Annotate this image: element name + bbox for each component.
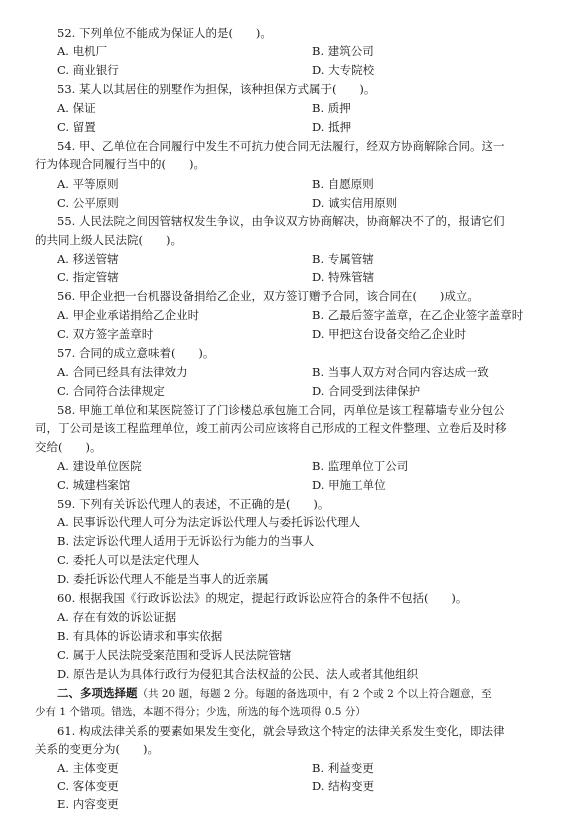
question-59-stem: 59. 下列有关诉讼代理人的表述，不正确的是( )。 [57, 497, 329, 512]
question-54-option-c: C. 公平原则 [57, 196, 119, 211]
section-2-desc-line2: 少有 1 个错项。错选，本题不得分；少选，所选的每个选项得 0.5 分） [35, 705, 366, 720]
exam-page: 52. 下列单位不能成为保证人的是( )。 A. 电机厂 B. 建筑公司 C. … [0, 0, 580, 815]
question-60-option-d: D. 原告是认为具体行政行为侵犯其合法权益的公民、法人或者其他组织 [57, 667, 418, 682]
question-60-stem: 60. 根据我国《行政诉讼法》的规定，提起行政诉讼应符合的条件不包括( )。 [57, 591, 467, 606]
question-54-stem-line2: 行为体现合同履行当中的( )。 [35, 157, 205, 172]
question-57-option-a: A. 合同已经具有法律效力 [57, 365, 188, 380]
question-61-option-b: B. 利益变更 [312, 761, 374, 776]
question-57-option-c: C. 合同符合法律规定 [57, 384, 165, 399]
section-2-header: 二、多项选择题（共 20 题，每题 2 分。每题的备选项中，有 2 个或 2 个… [57, 686, 492, 702]
question-56-option-a: A. 甲企业承诺捐给乙企业时 [57, 308, 199, 323]
question-59-option-b: B. 法定诉讼代理人适用于无诉讼行为能力的当事人 [57, 534, 314, 549]
question-54-option-d: D. 诚实信用原则 [312, 196, 397, 211]
section-2-desc-line1: （共 20 题，每题 2 分。每题的备选项中，有 2 个或 2 个以上符合题意，… [138, 688, 492, 700]
question-53-option-b: B. 质押 [312, 101, 351, 116]
question-55-stem-line2: 的共同上级人民法院( )。 [35, 233, 182, 248]
question-53-stem: 53. 某人以其居住的别墅作为担保，该种担保方式属于( )。 [57, 82, 375, 97]
question-58-stem-line3: 交给( )。 [35, 440, 101, 455]
question-58-stem-line1: 58. 甲施工单位和某医院签订了门诊楼总承包施工合同，丙单位是该工程幕墙专业分包… [57, 403, 504, 418]
question-59-option-a: A. 民事诉讼代理人可分为法定诉讼代理人与委托诉讼代理人 [57, 515, 360, 530]
question-53-option-a: A. 保证 [57, 101, 96, 116]
question-59-option-d: D. 委托诉讼代理人不能是当事人的近亲属 [57, 572, 269, 587]
question-52-option-b: B. 建筑公司 [312, 44, 374, 59]
question-55-stem-line1: 55. 人民法院之间因管辖权发生争议，由争议双方协商解决，协商解决不了的，报请它… [57, 214, 504, 229]
question-61-stem-line2: 关系的变更分为( )。 [35, 742, 159, 757]
question-52-option-d: D. 大专院校 [312, 63, 374, 78]
question-52-option-c: C. 商业银行 [57, 63, 119, 78]
question-61-stem-line1: 61. 构成法律关系的要素如果发生变化，就会导致这个特定的法律关系发生变化，即法… [57, 724, 504, 739]
question-55-option-a: A. 移送管辖 [57, 252, 119, 267]
question-57-option-d: D. 合同受到法律保护 [312, 384, 420, 399]
question-60-option-b: B. 有具体的诉讼请求和事实依据 [57, 629, 222, 644]
question-53-option-c: C. 留置 [57, 120, 96, 135]
question-58-option-c: C. 城建档案馆 [57, 478, 130, 493]
question-53-option-d: D. 抵押 [312, 120, 351, 135]
question-57-option-b: B. 当事人双方对合同内容达成一致 [312, 365, 489, 380]
question-57-stem: 57. 合同的成立意味着( )。 [57, 346, 214, 361]
question-60-option-a: A. 存在有效的诉讼证据 [57, 610, 176, 625]
question-55-option-c: C. 指定管辖 [57, 270, 119, 285]
question-60-option-c: C. 属于人民法院受案范围和受诉人民法院管辖 [57, 648, 291, 663]
question-58-option-a: A. 建设单位医院 [57, 459, 142, 474]
question-61-option-a: A. 主体变更 [57, 761, 119, 776]
question-56-option-b: B. 乙最后签字盖章，在乙企业签字盖章时 [312, 308, 523, 323]
question-52-option-a: A. 电机厂 [57, 44, 107, 59]
question-56-stem: 56. 甲企业把一台机器设备捐给乙企业，双方签订赠予合同，该合同在( )成立。 [57, 289, 479, 304]
question-59-option-c: C. 委托人可以是法定代理人 [57, 553, 199, 568]
question-61-option-c: C. 客体变更 [57, 779, 119, 794]
question-56-option-c: C. 双方签字盖章时 [57, 327, 153, 342]
question-52-stem: 52. 下列单位不能成为保证人的是( )。 [57, 26, 272, 41]
question-54-stem-line1: 54. 甲、乙单位在合同履行中发生不可抗力使合同无法履行，经双方协商解除合同。这… [57, 139, 504, 154]
question-55-option-b: B. 专属管辖 [312, 252, 374, 267]
question-56-option-d: D. 甲把这台设备交给乙企业时 [312, 327, 466, 342]
question-54-option-a: A. 平等原则 [57, 177, 119, 192]
question-61-option-d: D. 结构变更 [312, 779, 374, 794]
question-54-option-b: B. 自愿原则 [312, 177, 374, 192]
question-58-option-d: D. 甲施工单位 [312, 478, 386, 493]
question-61-option-e: E. 内容变更 [57, 797, 119, 812]
question-58-option-b: B. 监理单位丁公司 [312, 459, 408, 474]
question-55-option-d: D. 特殊管辖 [312, 270, 374, 285]
section-2-title: 二、多项选择题 [57, 686, 138, 700]
question-58-stem-line2: 司，丁公司是该工程监理单位，竣工前丙公司应该将自己形成的工程文件整理、立卷后及时… [35, 421, 507, 436]
